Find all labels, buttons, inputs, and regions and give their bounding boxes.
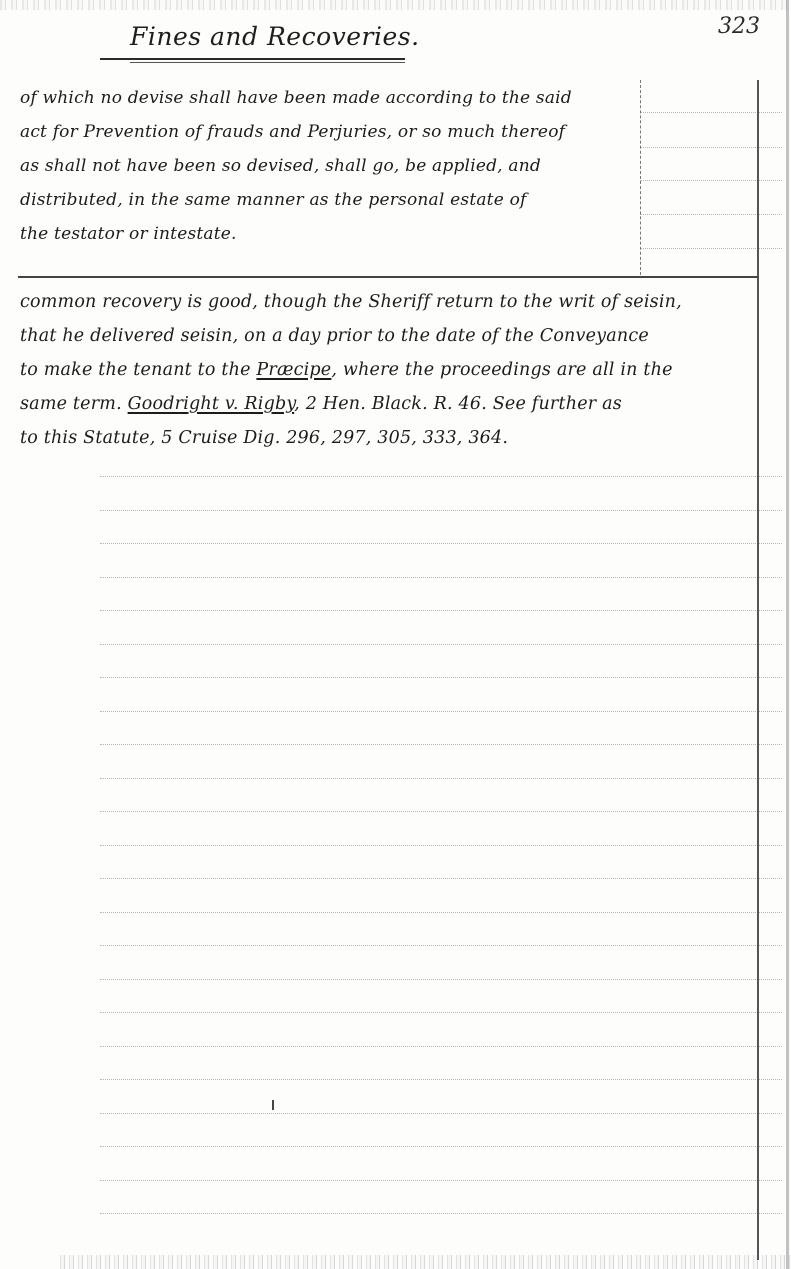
text-line: of which no devise shall have been made … <box>20 88 572 108</box>
page-number: 323 <box>718 14 760 39</box>
text-line: common recovery is good, though the Sher… <box>20 292 682 312</box>
underlined-term: Præcipe <box>256 360 331 380</box>
text-line: the testator or intestate. <box>20 224 237 244</box>
case-citation: Goodright v. Rigby <box>128 394 295 414</box>
ruled-line <box>100 1146 782 1147</box>
ruled-line <box>100 912 782 913</box>
manuscript-page: Fines and Recoveries. 323 of which no de… <box>0 0 791 1269</box>
ruled-line <box>100 1079 782 1080</box>
ruled-line <box>100 878 782 879</box>
ruled-line <box>100 644 782 645</box>
text-segment: same term. <box>20 394 128 414</box>
ruled-line <box>100 1012 782 1013</box>
scan-edge-bottom <box>60 1255 791 1269</box>
text-line: act for Prevention of frauds and Perjuri… <box>20 122 565 142</box>
text-segment: to make the tenant to the <box>20 360 256 380</box>
ruled-line <box>640 147 782 148</box>
ruled-line <box>100 577 782 578</box>
ruled-line <box>100 811 782 812</box>
scan-edge-top <box>0 0 791 10</box>
title-underline-secondary <box>130 62 405 63</box>
ruled-line <box>100 1113 782 1114</box>
ruled-line <box>100 510 782 511</box>
ruled-line <box>640 248 782 249</box>
ruled-line <box>640 112 782 113</box>
ruled-line <box>640 214 782 215</box>
ruled-line <box>100 744 782 745</box>
ruled-line <box>100 711 782 712</box>
right-margin-rule <box>757 80 759 1260</box>
text-segment: , where the proceedings are all in the <box>331 360 672 380</box>
ruled-line <box>100 1180 782 1181</box>
ruled-line <box>100 845 782 846</box>
title-underline <box>100 58 405 60</box>
ink-mark <box>272 1100 274 1110</box>
ruled-line <box>100 945 782 946</box>
text-segment: , 2 Hen. Black. R. 46. See further as <box>294 394 622 414</box>
text-line: same term. Goodright v. Rigby, 2 Hen. Bl… <box>20 394 622 414</box>
text-line: to make the tenant to the Præcipe, where… <box>20 360 673 380</box>
text-line: as shall not have been so devised, shall… <box>20 156 541 176</box>
ruled-line <box>100 778 782 779</box>
column-divider <box>640 80 641 275</box>
section-divider <box>18 276 758 278</box>
ruled-line <box>640 180 782 181</box>
text-line: to this Statute, 5 Cruise Dig. 296, 297,… <box>20 428 508 448</box>
ruled-line <box>100 677 782 678</box>
ruled-line <box>100 1213 782 1214</box>
ruled-line <box>100 979 782 980</box>
text-line: that he delivered seisin, on a day prior… <box>20 326 649 346</box>
ruled-line <box>100 1046 782 1047</box>
page-title: Fines and Recoveries. <box>130 22 420 51</box>
ruled-line <box>100 543 782 544</box>
ruled-line <box>100 610 782 611</box>
ruled-line <box>100 476 782 477</box>
text-line: distributed, in the same manner as the p… <box>20 190 527 210</box>
page-edge <box>786 0 789 1269</box>
